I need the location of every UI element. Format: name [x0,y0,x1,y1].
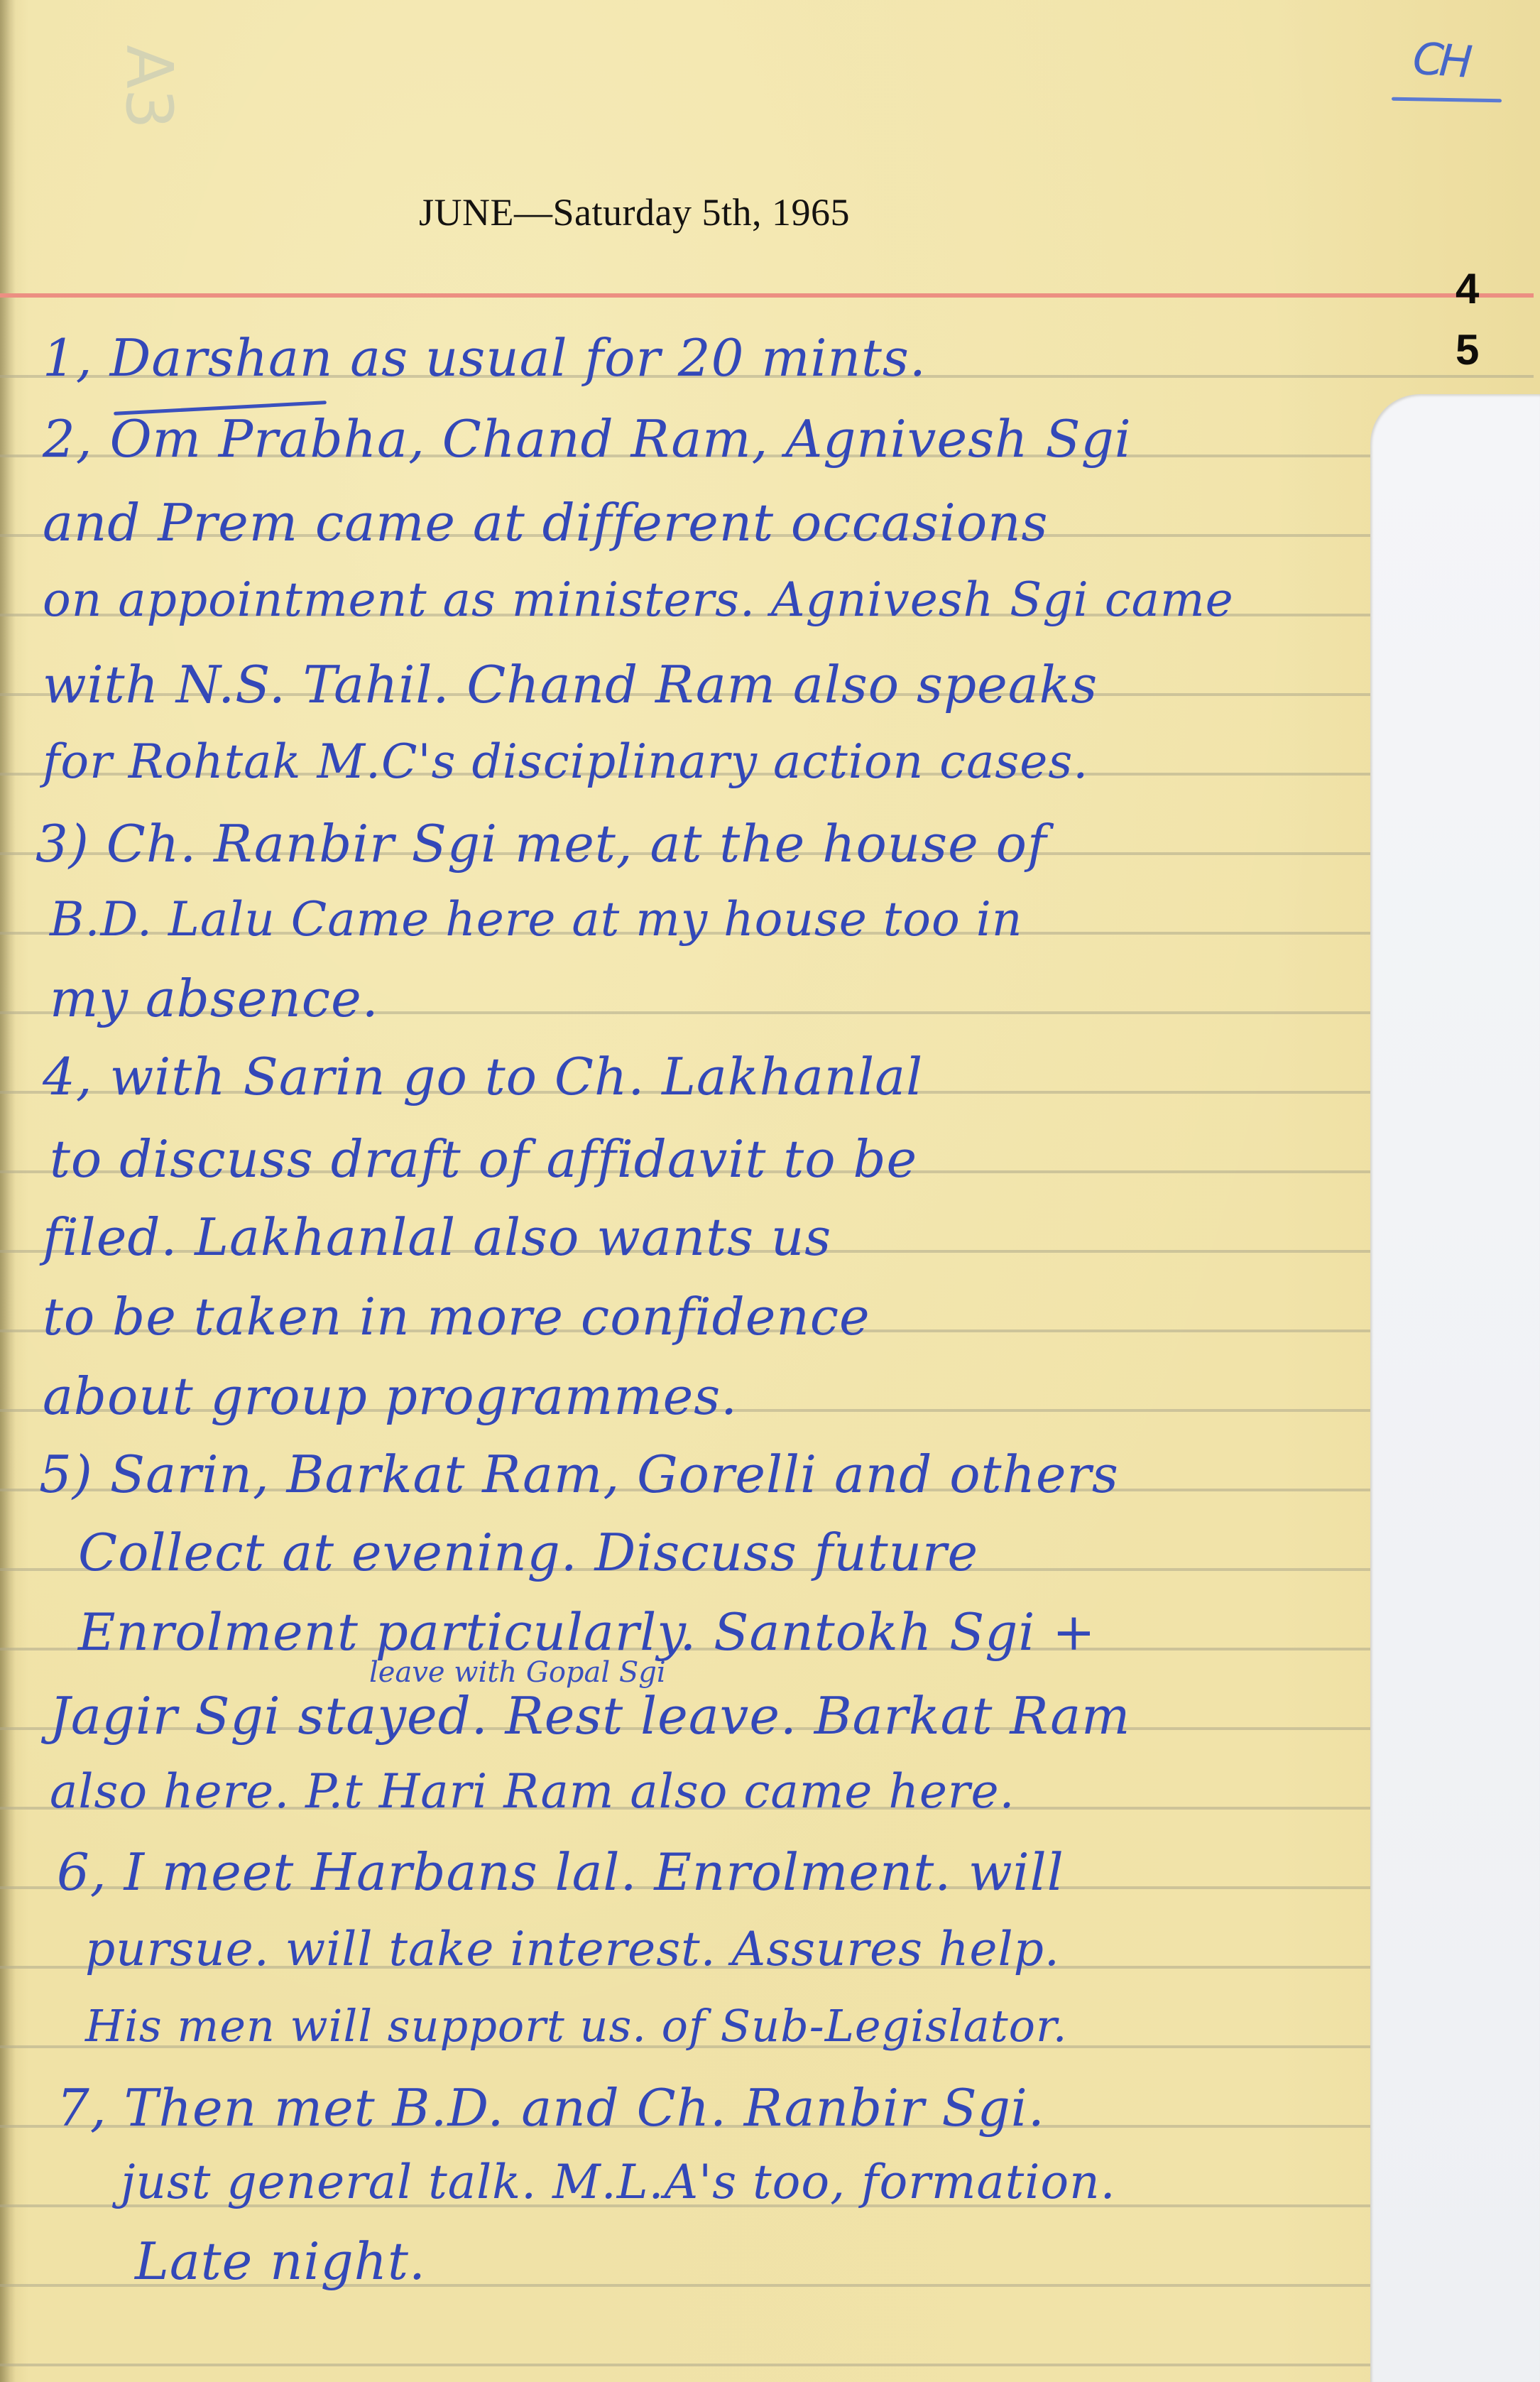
entry-2-line-4: with N.S. Tahil. Chand Ram also speaks [43,659,1098,710]
entry-text: I meet Harbans lal. Enrolment. will [124,1842,1064,1902]
entry-text: Darshan as usual for 20 mints. [110,328,927,388]
entry-number: 6, [57,1842,107,1902]
header-red-rule [0,293,1534,298]
entry-6-line-1: 6, I meet Harbans lal. Enrolment. will [57,1847,1064,1898]
entry-4-line-4: to be taken in more confidence [43,1291,870,1342]
entry-number: 2, [43,409,93,469]
index-tab-cutout [1370,394,1540,2382]
page-number-5: 5 [1456,325,1479,374]
entry-3-line-3: my absence. [50,973,379,1024]
entry-4-line-2: to discuss draft of affidavit to be [50,1133,917,1185]
page-number-4: 4 [1456,264,1479,313]
entry-number: 3) [36,814,89,874]
entry-2-line-3: on appointment as ministers. Agnivesh Sg… [43,577,1234,624]
entry-text: Then met B.D. and Ch. Ranbir Sgi. [124,2078,1045,2138]
entry-4-line-1: 4, with Sarin go to Ch. Lakhanlal [43,1051,923,1102]
entry-4-line-5: about group programmes. [43,1371,738,1422]
entry-5-insertion: leave with Gopal Sgi [369,1656,666,1689]
entry-4-line-3: filed. Lakhanlal also wants us [43,1212,831,1263]
entry-number: 7, [57,2078,107,2138]
entry-5-line-5: also here. P.t Hari Ram also came here. [50,1768,1015,1815]
entry-6-line-3: His men will support us. of Sub-Legislat… [85,2004,1067,2048]
entry-1-line-1: 1, Darshan as usual for 20 mints. [43,332,927,384]
entry-text: Ch. Ranbir Sgi met, at the house of [107,814,1047,874]
entry-5-line-4: Jagir Sgi stayed. Rest leave. Barkat Ram [50,1690,1130,1741]
entry-7-line-2: just general talk. M.L.A's too, formatio… [121,2159,1116,2206]
entry-7-line-1: 7, Then met B.D. and Ch. Ranbir Sgi. [57,2082,1045,2133]
entry-3-line-2: B.D. Lalu Came here at my house too in [50,896,1022,943]
entry-2-line-5: for Rohtak M.C's disciplinary action cas… [43,739,1088,785]
date-header: JUNE—Saturday 5th, 1965 [419,190,850,234]
entry-5-line-2: Collect at evening. Discuss future [78,1527,978,1578]
corner-initials: CH [1411,32,1470,87]
entry-number: 5) [39,1445,93,1504]
faint-pencil-mark: A3 [111,45,186,129]
entry-number: 1, [43,328,93,388]
entry-7-line-3: Late night. [135,2236,426,2287]
entry-2-line-1: 2, Om Prabha, Chand Ram, Agnivesh Sgi [43,413,1132,464]
ruled-line [0,2364,1370,2366]
entry-number: 4, [43,1047,93,1106]
entry-5-line-3: Enrolment particularly. Santokh Sgi + [78,1606,1096,1658]
entry-6-line-2: pursue. will take interest. Assures help… [85,1926,1060,1973]
binding-gutter [0,0,16,2382]
entry-text: Sarin, Barkat Ram, Gorelli and others [110,1445,1119,1504]
entry-3-line-1: 3) Ch. Ranbir Sgi met, at the house of [36,818,1047,869]
entry-text: Om Prabha, Chand Ram, Agnivesh Sgi [110,409,1132,469]
entry-5-line-1: 5) Sarin, Barkat Ram, Gorelli and others [39,1449,1119,1500]
entry-2-line-2: and Prem came at different occasions [43,497,1048,548]
entry-text: with Sarin go to Ch. Lakhanlal [110,1047,924,1106]
